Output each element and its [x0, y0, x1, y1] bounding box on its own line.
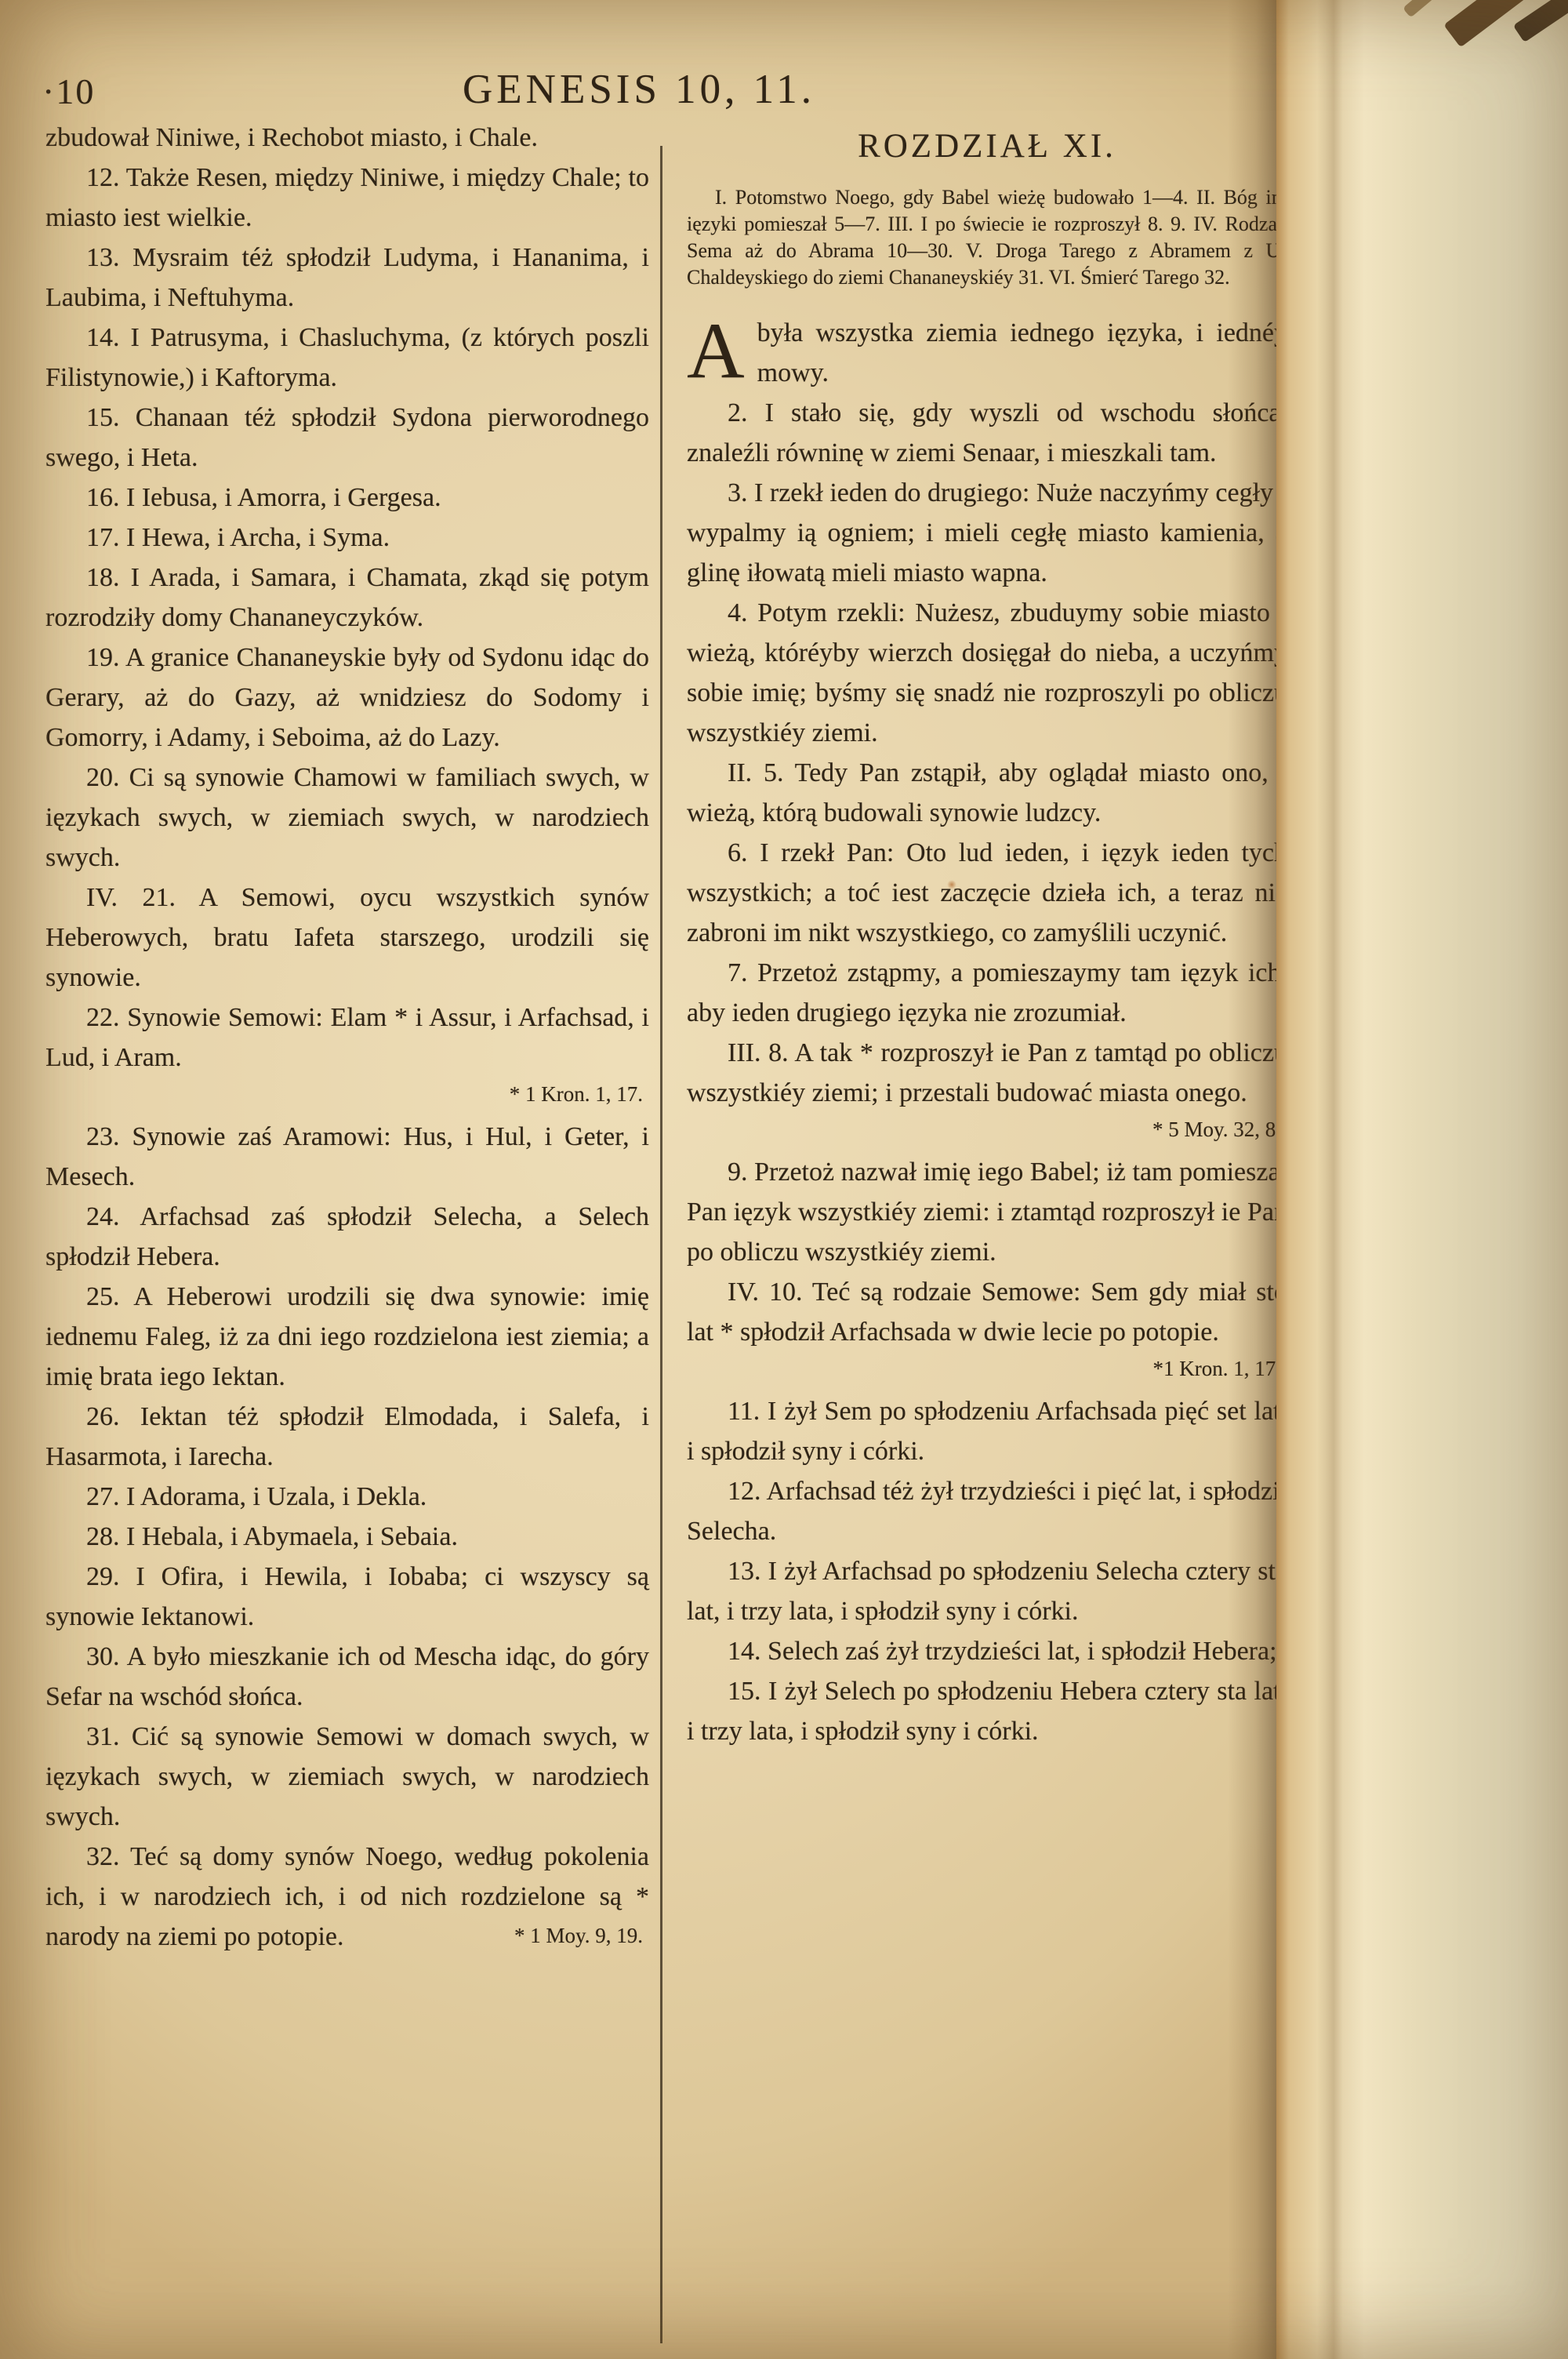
drop-cap: A [687, 313, 757, 383]
verse-paragraph: 13. Mysraim téż spłodził Ludyma, i Hanan… [45, 238, 649, 318]
verse-paragraph: 16. I Iebusa, i Amorra, i Gergesa. [45, 478, 649, 518]
verse-paragraph: III. 8. A tak * rozproszył ie Pan z tamt… [687, 1033, 1287, 1143]
verse-text: 12. Także Resen, między Niniwe, i między… [45, 163, 649, 232]
verse-text: 3. I rzekł ieden do drugiego: Nuże naczy… [687, 478, 1287, 587]
verse-text: 18. I Arada, i Samara, i Chamata, zkąd s… [45, 563, 649, 632]
verse-text: 19. A granice Chananeyskie były od Sydon… [45, 643, 649, 752]
footnote-reference: * 5 Moy. 32, 8. [687, 1116, 1281, 1143]
verse-paragraph: IV. 10. Teć są rodzaie Semowe: Sem gdy m… [687, 1272, 1287, 1382]
verse-paragraph: 28. I Hebala, i Abymaela, i Sebaia. [45, 1517, 649, 1557]
next-page-text-area [1276, 0, 1568, 2359]
verse-text: 29. I Ofira, i Hewila, i Iobaba; ci wszy… [45, 1562, 649, 1631]
verse-text: III. 8. A tak * rozproszył ie Pan z tamt… [687, 1038, 1287, 1107]
verse-text: 20. Ci są synowie Chamowi w familiach sw… [45, 763, 649, 872]
verse-text: 24. Arfachsad zaś spłodził Selecha, a Se… [45, 1202, 649, 1271]
verse-text: 2. I stało się, gdy wyszli od wschodu sł… [687, 398, 1287, 467]
verse-text: 27. I Adorama, i Uzala, i Dekla. [86, 1482, 426, 1511]
verse-text: 25. A Heberowi urodzili się dwa synowie:… [45, 1282, 649, 1391]
verse-text: zbudował Niniwe, i Rechobot miasto, i Ch… [45, 123, 538, 152]
verse-paragraph: A była wszystka ziemia iednego ięzyka, i… [687, 313, 1287, 393]
footnote-reference: * 1 Kron. 1, 17. [45, 1081, 643, 1107]
verse-paragraph: 15. Chanaan téż spłodził Sydona pierworo… [45, 398, 649, 478]
verse-paragraph: 13. I żył Arfachsad po spłodzeniu Selech… [687, 1551, 1287, 1631]
chapter-heading: ROZDZIAŁ XI. [687, 127, 1287, 165]
verse-paragraph: 30. A było mieszkanie ich od Mescha idąc… [45, 1637, 649, 1717]
verse-paragraph: 12. Arfachsad téż żył trzydzieści i pięć… [687, 1471, 1287, 1551]
verse-paragraph: 18. I Arada, i Samara, i Chamata, zkąd s… [45, 558, 649, 638]
verse-paragraph: zbudował Niniwe, i Rechobot miasto, i Ch… [45, 118, 649, 158]
verse-text: 7. Przetoż zstąpmy, a pomieszaymy tam ię… [687, 958, 1287, 1027]
verse-text: 14. I Patrusyma, i Chasluchyma, (z który… [45, 323, 649, 392]
chapter-summary: I. Potomstwo Noego, gdy Babel wieżę budo… [687, 184, 1287, 291]
verse-paragraph: 12. Także Resen, między Niniwe, i między… [45, 158, 649, 238]
verse-text: 15. I żył Selech po spłodzeniu Hebera cz… [687, 1677, 1287, 1746]
verse-text: II. 5. Tedy Pan zstąpił, aby oglądał mia… [687, 758, 1287, 827]
footnote-reference: *1 Kron. 1, 17. [687, 1355, 1281, 1382]
verse-text: 22. Synowie Semowi: Elam * i Assur, i Ar… [45, 1003, 649, 1072]
verse-paragraph: 7. Przetoż zstąpmy, a pomieszaymy tam ię… [687, 953, 1287, 1033]
verse-paragraph: 32. Teć są domy synów Noego, według poko… [45, 1837, 649, 1949]
verse-paragraph: 22. Synowie Semowi: Elam * i Assur, i Ar… [45, 998, 649, 1107]
page-gutter-shadow [1228, 0, 1278, 2359]
verse-paragraph: 15. I żył Selech po spłodzeniu Hebera cz… [687, 1671, 1287, 1751]
page-title: GENESIS 10, 11. [0, 66, 1278, 113]
verse-text: 28. I Hebala, i Abymaela, i Sebaia. [86, 1522, 458, 1551]
left-column: zbudował Niniwe, i Rechobot miasto, i Ch… [45, 118, 649, 1955]
verse-paragraph: 27. I Adorama, i Uzala, i Dekla. [45, 1477, 649, 1517]
verse-paragraph: 9. Przetoż nazwał imię iego Babel; iż ta… [687, 1152, 1287, 1272]
verse-text: 13. Mysraim téż spłodził Ludyma, i Hanan… [45, 243, 649, 312]
verse-paragraph: 19. A granice Chananeyskie były od Sydon… [45, 638, 649, 758]
verse-text: 30. A było mieszkanie ich od Mescha idąc… [45, 1642, 649, 1711]
verse-text: 13. I żył Arfachsad po spłodzeniu Selech… [687, 1557, 1287, 1626]
verse-text: 12. Arfachsad téż żył trzydzieści i pięć… [687, 1477, 1287, 1546]
verse-text: 16. I Iebusa, i Amorra, i Gergesa. [86, 483, 441, 512]
scanned-bible-page: ·10 GENESIS 10, 11. zbudował Niniwe, i R… [0, 0, 1568, 2359]
verse-paragraph: 6. I rzekł Pan: Oto lud ieden, i ięzyk i… [687, 833, 1287, 953]
column-divider-rule [660, 146, 662, 2343]
next-page-edge [1276, 0, 1568, 2359]
verse-paragraph: 17. I Hewa, i Archa, i Syma. [45, 518, 649, 558]
verse-paragraph: 14. Selech zaś żył trzydzieści lat, i sp… [687, 1631, 1287, 1671]
verse-paragraph: 24. Arfachsad zaś spłodził Selecha, a Se… [45, 1197, 649, 1277]
verse-text: była wszystka ziemia iednego ięzyka, i i… [757, 318, 1287, 387]
right-column: ROZDZIAŁ XI. I. Potomstwo Noego, gdy Bab… [687, 118, 1287, 1751]
verse-paragraph: 20. Ci są synowie Chamowi w familiach sw… [45, 758, 649, 878]
verse-paragraph: 23. Synowie zaś Aramowi: Hus, i Hul, i G… [45, 1117, 649, 1197]
verse-text: 17. I Hewa, i Archa, i Syma. [86, 523, 390, 552]
verse-text: 11. I żył Sem po spłodzeniu Arfachsada p… [687, 1397, 1287, 1466]
verse-text: 15. Chanaan téż spłodził Sydona pierworo… [45, 403, 649, 472]
verse-text: IV. 21. A Semowi, oycu wszystkich synów … [45, 883, 649, 992]
verse-text: IV. 10. Teć są rodzaie Semowe: Sem gdy m… [687, 1278, 1287, 1347]
verse-paragraph: IV. 21. A Semowi, oycu wszystkich synów … [45, 878, 649, 998]
verse-text: 6. I rzekł Pan: Oto lud ieden, i ięzyk i… [687, 838, 1287, 947]
verse-paragraph: 4. Potym rzekli: Nużesz, zbuduymy sobie … [687, 593, 1287, 753]
verse-text: 4. Potym rzekli: Nużesz, zbuduymy sobie … [687, 598, 1287, 747]
verse-paragraph: 3. I rzekł ieden do drugiego: Nuże naczy… [687, 473, 1287, 593]
verse-paragraph: 26. Iektan téż spłodził Elmodada, i Sale… [45, 1397, 649, 1477]
verse-text: 14. Selech zaś żył trzydzieści lat, i sp… [728, 1637, 1277, 1666]
verse-paragraph: II. 5. Tedy Pan zstąpił, aby oglądał mia… [687, 753, 1287, 833]
verse-text: 23. Synowie zaś Aramowi: Hus, i Hul, i G… [45, 1122, 649, 1191]
verse-paragraph: 29. I Ofira, i Hewila, i Iobaba; ci wszy… [45, 1557, 649, 1637]
verse-paragraph: 11. I żył Sem po spłodzeniu Arfachsada p… [687, 1391, 1287, 1471]
verse-paragraph: 2. I stało się, gdy wyszli od wschodu sł… [687, 393, 1287, 473]
verse-text: 9. Przetoż nazwał imię iego Babel; iż ta… [687, 1158, 1287, 1267]
verse-paragraph: 31. Cić są synowie Semowi w domach swych… [45, 1717, 649, 1837]
verse-paragraph: 25. A Heberowi urodzili się dwa synowie:… [45, 1277, 649, 1397]
verse-paragraph: 14. I Patrusyma, i Chasluchyma, (z który… [45, 318, 649, 398]
verse-text: 31. Cić są synowie Semowi w domach swych… [45, 1722, 649, 1831]
verse-text: 26. Iektan téż spłodził Elmodada, i Sale… [45, 1402, 649, 1471]
